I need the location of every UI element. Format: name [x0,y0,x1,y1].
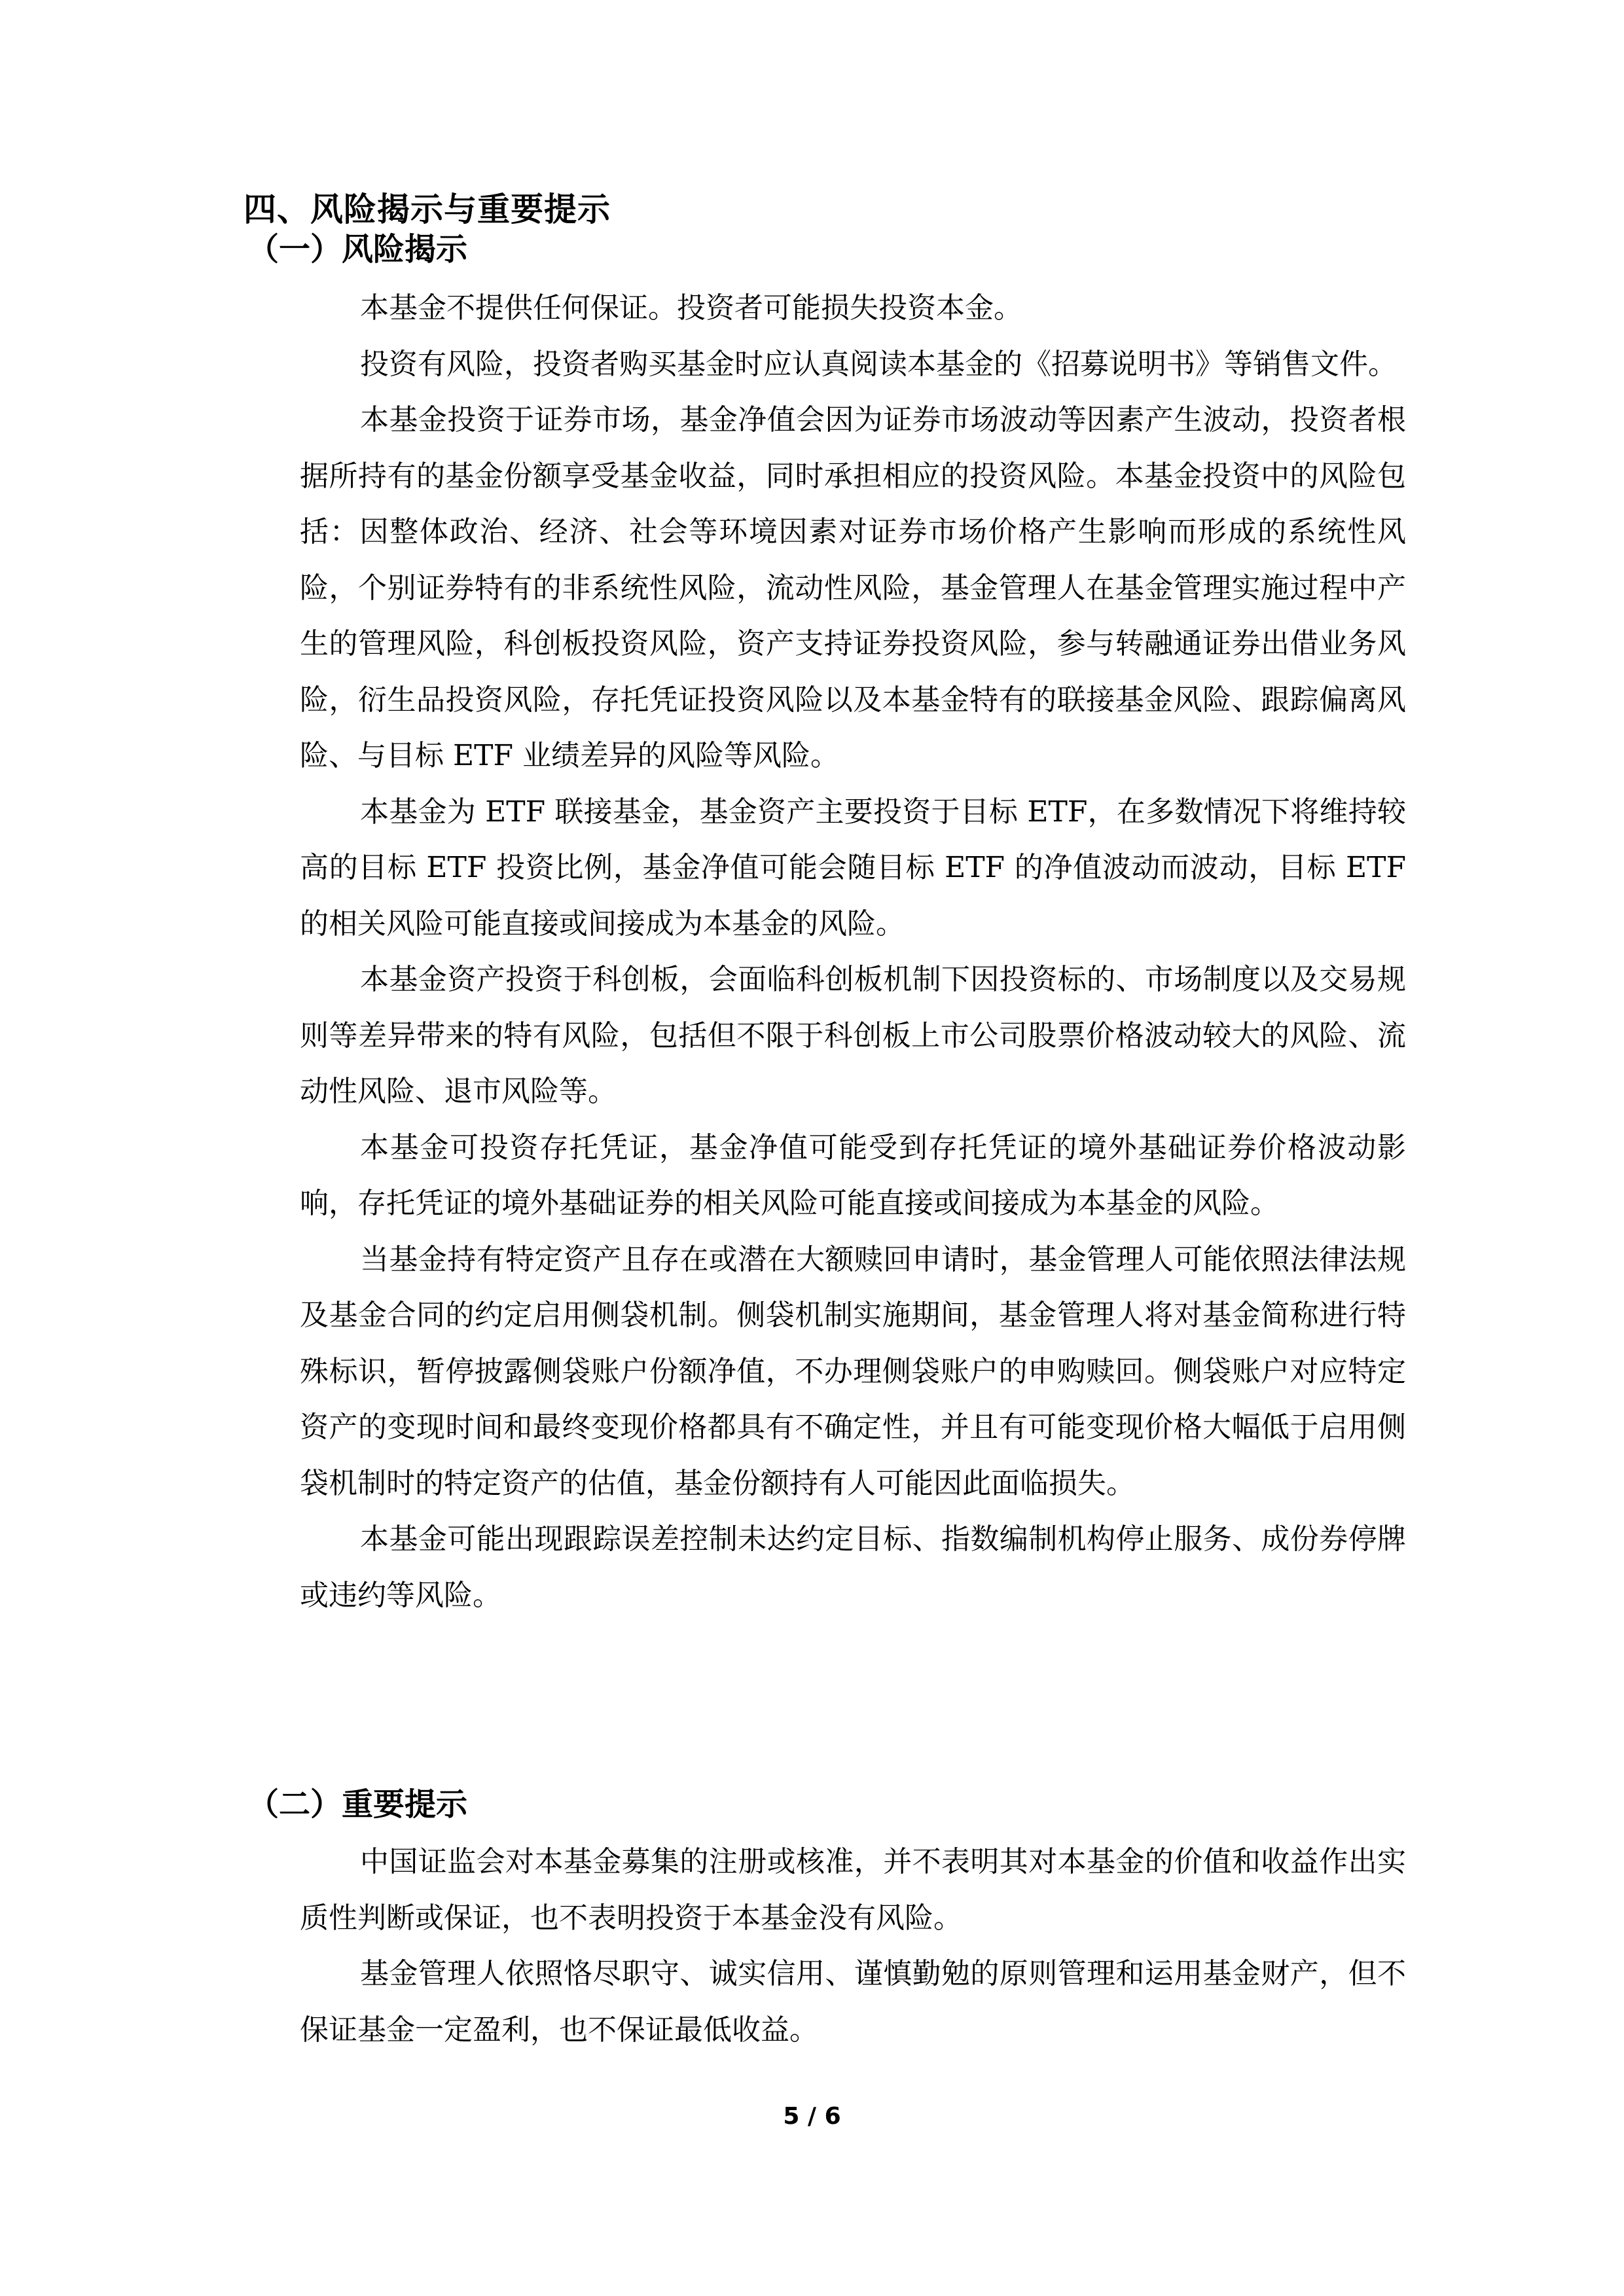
paragraph: 本基金可能出现跟踪误差控制未达约定目标、指数编制机构停止服务、成份券停牌或违约等… [300,1511,1406,1623]
risk-disclosure-body: 本基金不提供任何保证。投资者可能损失投资本金。 投资有风险，投资者购买基金时应认… [300,280,1406,1623]
page-number: 5 / 6 [0,2103,1624,2130]
paragraph: 本基金为 ETF 联接基金，基金资产主要投资于目标 ETF，在多数情况下将维持较… [300,784,1406,952]
section-title: 四、风险揭示与重要提示 [244,190,611,229]
paragraph: 本基金不提供任何保证。投资者可能损失投资本金。 [300,280,1406,336]
subsection-heading-risk-disclosure: （一）风险揭示 [247,230,467,268]
paragraph: 本基金资产投资于科创板，会面临科创板机制下因投资标的、市场制度以及交易规则等差异… [300,952,1406,1120]
important-notice-body: 中国证监会对本基金募集的注册或核准，并不表明其对本基金的价值和收益作出实质性判断… [300,1834,1406,2058]
paragraph: 基金管理人依照恪尽职守、诚实信用、谨慎勤勉的原则管理和运用基金财产，但不保证基金… [300,1946,1406,2058]
paragraph: 中国证监会对本基金募集的注册或核准，并不表明其对本基金的价值和收益作出实质性判断… [300,1834,1406,1946]
document-page: 四、风险揭示与重要提示 （一）风险揭示 本基金不提供任何保证。投资者可能损失投资… [0,0,1624,2296]
paragraph: 本基金投资于证券市场，基金净值会因为证券市场波动等因素产生波动，投资者根据所持有… [300,392,1406,784]
paragraph: 投资有风险，投资者购买基金时应认真阅读本基金的《招募说明书》等销售文件。 [300,336,1406,393]
paragraph: 本基金可投资存托凭证，基金净值可能受到存托凭证的境外基础证券价格波动影响，存托凭… [300,1120,1406,1232]
subsection-heading-important-notice: （二）重要提示 [247,1785,467,1823]
paragraph: 当基金持有特定资产且存在或潜在大额赎回申请时，基金管理人可能依照法律法规及基金合… [300,1232,1406,1512]
